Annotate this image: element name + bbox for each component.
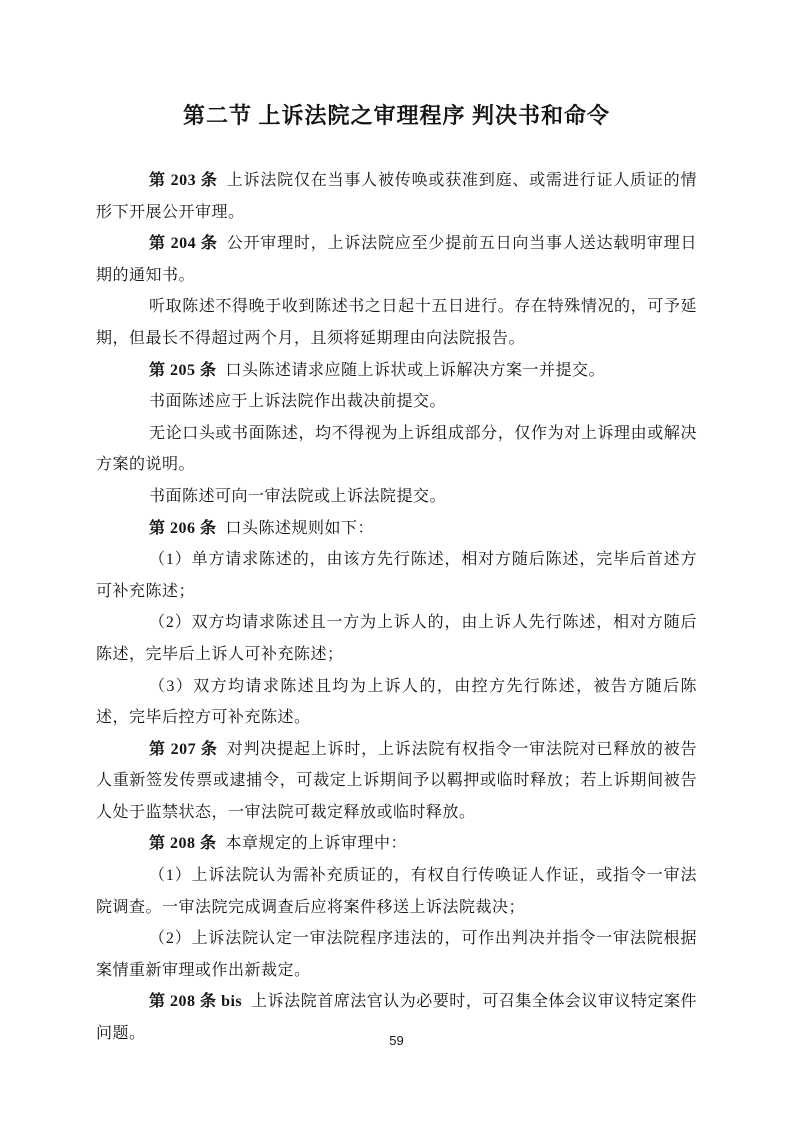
page-number: 59 [0, 1033, 793, 1048]
paragraph: 第 207 条对判决提起上诉时，上诉法院有权指令一审法院对已释放的被告人重新签发… [96, 734, 697, 829]
article-label: 第 206 条 [149, 520, 217, 537]
paragraph-text: 本章规定的上诉审理中： [226, 835, 408, 852]
paragraph: （2）上诉法院认定一审法院程序违法的，可作出判决并指令一审法院根据案情重新审理或… [96, 923, 697, 986]
paragraph-text: （2）双方均请求陈述且一方为上诉人的，由上诉人先行陈述，相对方随后陈述，完毕后上… [96, 614, 697, 663]
paragraph: 无论口头或书面陈述，均不得视为上诉组成部分，仅作为对上诉理由或解决方案的说明。 [96, 418, 697, 481]
document-body: 第 203 条上诉法院仅在当事人被传唤或获准到庭、或需进行证人质证的情形下开展公… [96, 165, 697, 1050]
paragraph: （3）双方均请求陈述且均为上诉人的，由控方先行陈述，被告方随后陈述，完毕后控方可… [96, 671, 697, 734]
paragraph: （1）单方请求陈述的，由该方先行陈述，相对方随后陈述，完毕后首述方可补充陈述； [96, 544, 697, 607]
paragraph-text: 书面陈述应于上诉法院作出裁决前提交。 [149, 393, 446, 410]
paragraph: 书面陈述应于上诉法院作出裁决前提交。 [96, 386, 697, 418]
paragraph-text: 口头陈述请求应随上诉状或上诉解决方案一并提交。 [226, 362, 606, 379]
paragraph-text: 无论口头或书面陈述，均不得视为上诉组成部分，仅作为对上诉理由或解决方案的说明。 [96, 425, 697, 474]
paragraph: 第 208 条本章规定的上诉审理中： [96, 828, 697, 860]
document-page: 第二节 上诉法院之审理程序 判决书和命令 第 203 条上诉法院仅在当事人被传唤… [0, 0, 793, 1122]
paragraph-text: 书面陈述可向一审法院或上诉法院提交。 [149, 488, 446, 505]
paragraph: 听取陈述不得晚于收到陈述书之日起十五日进行。存在特殊情况的，可予延期，但最长不得… [96, 291, 697, 354]
article-label: 第 205 条 [149, 362, 217, 379]
paragraph: 第 204 条公开审理时，上诉法院应至少提前五日向当事人送达载明审理日期的通知书… [96, 228, 697, 291]
paragraph-text: 口头陈述规则如下： [226, 520, 375, 537]
paragraph-text: （2）上诉法院认定一审法院程序违法的，可作出判决并指令一审法院根据案情重新审理或… [96, 930, 697, 979]
article-label: 第 208 条 [149, 835, 217, 852]
paragraph-text: （1）单方请求陈述的，由该方先行陈述，相对方随后陈述，完毕后首述方可补充陈述； [96, 551, 697, 600]
article-label: 第 207 条 [149, 741, 218, 758]
paragraph: 第 205 条口头陈述请求应随上诉状或上诉解决方案一并提交。 [96, 355, 697, 387]
paragraph: 第 206 条口头陈述规则如下： [96, 513, 697, 545]
paragraph: （1）上诉法院认为需补充质证的，有权自行传唤证人作证，或指令一审法院调查。一审法… [96, 860, 697, 923]
paragraph-text: （3）双方均请求陈述且均为上诉人的，由控方先行陈述，被告方随后陈述，完毕后控方可… [96, 678, 697, 727]
article-label: 第 204 条 [149, 235, 218, 252]
article-label: 第 208 条 bis [149, 993, 242, 1010]
paragraph: 第 203 条上诉法院仅在当事人被传唤或获准到庭、或需进行证人质证的情形下开展公… [96, 165, 697, 228]
paragraph-text: 听取陈述不得晚于收到陈述书之日起十五日进行。存在特殊情况的，可予延期，但最长不得… [96, 298, 697, 347]
paragraph: 书面陈述可向一审法院或上诉法院提交。 [96, 481, 697, 513]
paragraph: （2）双方均请求陈述且一方为上诉人的，由上诉人先行陈述，相对方随后陈述，完毕后上… [96, 607, 697, 670]
paragraph-text: （1）上诉法院认为需补充质证的，有权自行传唤证人作证，或指令一审法院调查。一审法… [96, 867, 697, 916]
article-label: 第 203 条 [149, 172, 218, 189]
section-title: 第二节 上诉法院之审理程序 判决书和命令 [96, 100, 697, 132]
